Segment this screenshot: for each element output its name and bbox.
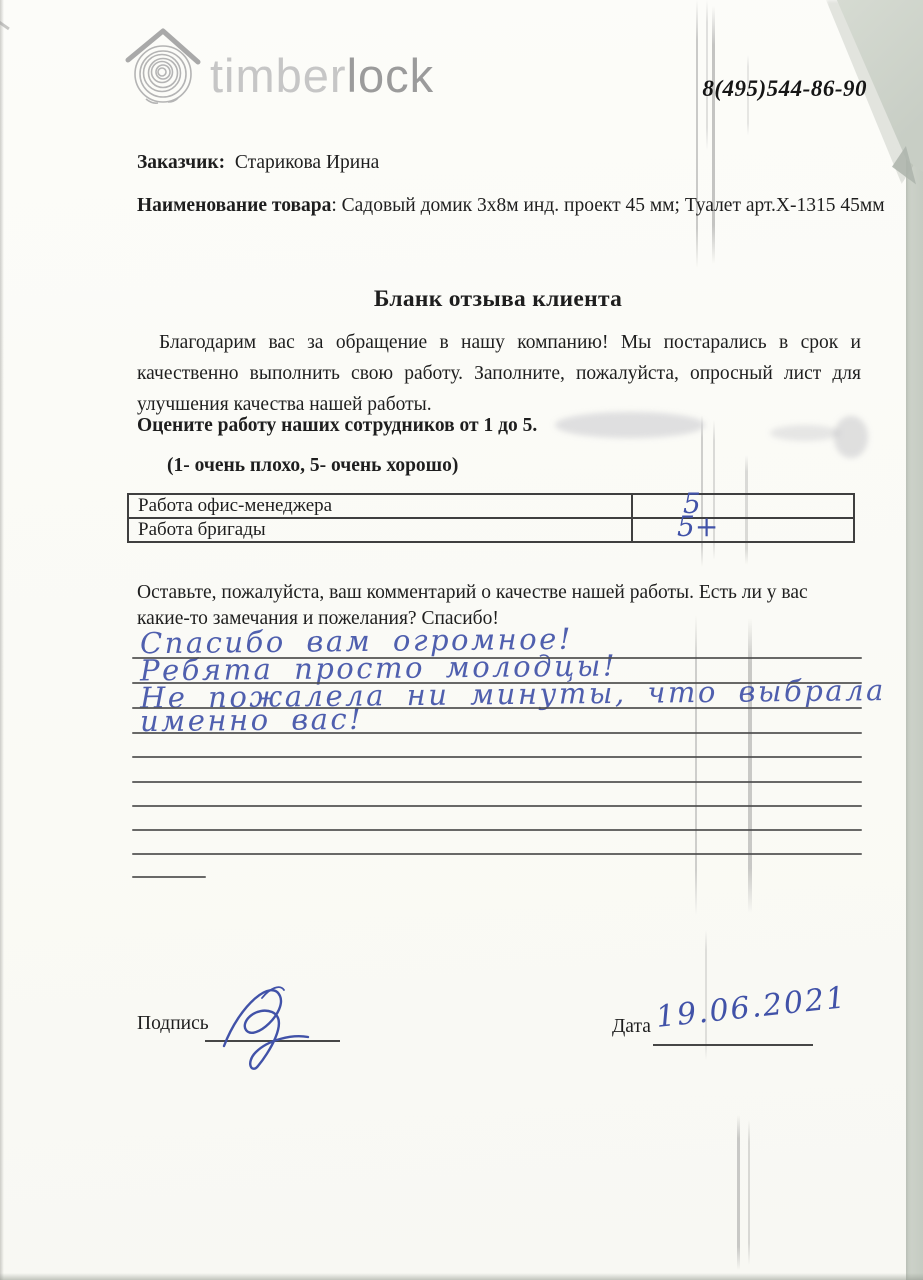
ruled-line bbox=[132, 756, 862, 758]
table-row: Работа бригады 5+ bbox=[129, 517, 853, 541]
scanned-document: timberlock 8(495)544-86-90 Заказчик: Ста… bbox=[0, 0, 923, 1280]
ruled-line bbox=[132, 732, 862, 734]
rating-score-cell: 5+ bbox=[631, 519, 853, 541]
phone-number: 8(495)544-86-90 bbox=[702, 76, 867, 102]
rate-scale-note: (1- очень плохо, 5- очень хорошо) bbox=[167, 455, 458, 477]
rating-table: Работа офис-менеджера 5 Работа бригады 5… bbox=[127, 493, 855, 543]
ruled-line-short bbox=[132, 876, 206, 878]
customer-value: Старикова Ирина bbox=[235, 152, 379, 173]
table-row: Работа офис-менеджера 5 bbox=[129, 495, 853, 517]
signature-label: Подпись bbox=[137, 1013, 209, 1035]
date-label: Дата bbox=[612, 1016, 651, 1038]
ruled-line bbox=[132, 781, 862, 783]
rate-heading: Оцените работу наших сотрудников от 1 до… bbox=[137, 415, 537, 437]
scan-artifact-bottom-edge bbox=[0, 1273, 923, 1280]
scan-artifact-crease bbox=[737, 1115, 740, 1270]
ruled-line bbox=[132, 853, 862, 855]
scan-artifact-smudge bbox=[770, 425, 840, 441]
product-label: Наименование товара bbox=[137, 195, 331, 216]
ruled-line bbox=[132, 805, 862, 807]
rating-score-cell: 5 bbox=[631, 495, 853, 517]
rating-row-label: Работа офис-менеджера bbox=[129, 495, 631, 517]
ruled-line bbox=[132, 657, 862, 659]
customer-label: Заказчик: bbox=[137, 152, 225, 173]
scan-artifact-crease bbox=[696, 0, 698, 268]
product-value: Садовый домик 3х8м инд. проект 45 мм; Ту… bbox=[342, 195, 885, 216]
product-separator: : bbox=[331, 195, 341, 216]
scan-artifact-crease bbox=[748, 1120, 750, 1265]
date-line bbox=[653, 1044, 813, 1046]
ruled-line bbox=[132, 707, 862, 709]
timberlock-logo-icon bbox=[122, 22, 204, 106]
scan-artifact-smudge bbox=[834, 416, 868, 458]
scan-artifact-crease bbox=[712, 6, 715, 264]
signature-scribble bbox=[210, 976, 345, 1076]
scan-artifact-right-edge bbox=[906, 0, 923, 1280]
handwritten-date: 19.06.2021 bbox=[654, 980, 848, 1035]
scan-artifact-crease bbox=[706, 0, 708, 150]
rating-row-label: Работа бригады bbox=[129, 519, 631, 541]
brand-wordmark: timberlock bbox=[210, 48, 434, 103]
brand-name-timber: timber bbox=[210, 49, 347, 102]
ruled-line bbox=[132, 829, 862, 831]
form-title: Бланк отзыва клиента bbox=[137, 286, 859, 313]
scan-artifact-crease bbox=[701, 415, 703, 567]
customer-row: Заказчик: Старикова Ирина bbox=[137, 152, 379, 174]
brand-name-lock: lock bbox=[347, 49, 435, 102]
scan-artifact-crease bbox=[748, 618, 752, 913]
handwritten-score: 5+ bbox=[677, 510, 718, 543]
scan-artifact-crease bbox=[695, 615, 697, 915]
ruled-line bbox=[132, 682, 862, 684]
scan-artifact-left-edge bbox=[0, 0, 4, 1280]
intro-paragraph: Благодарим вас за обращение в нашу компа… bbox=[137, 327, 861, 420]
product-row: Наименование товара: Садовый домик 3х8м … bbox=[137, 195, 885, 217]
